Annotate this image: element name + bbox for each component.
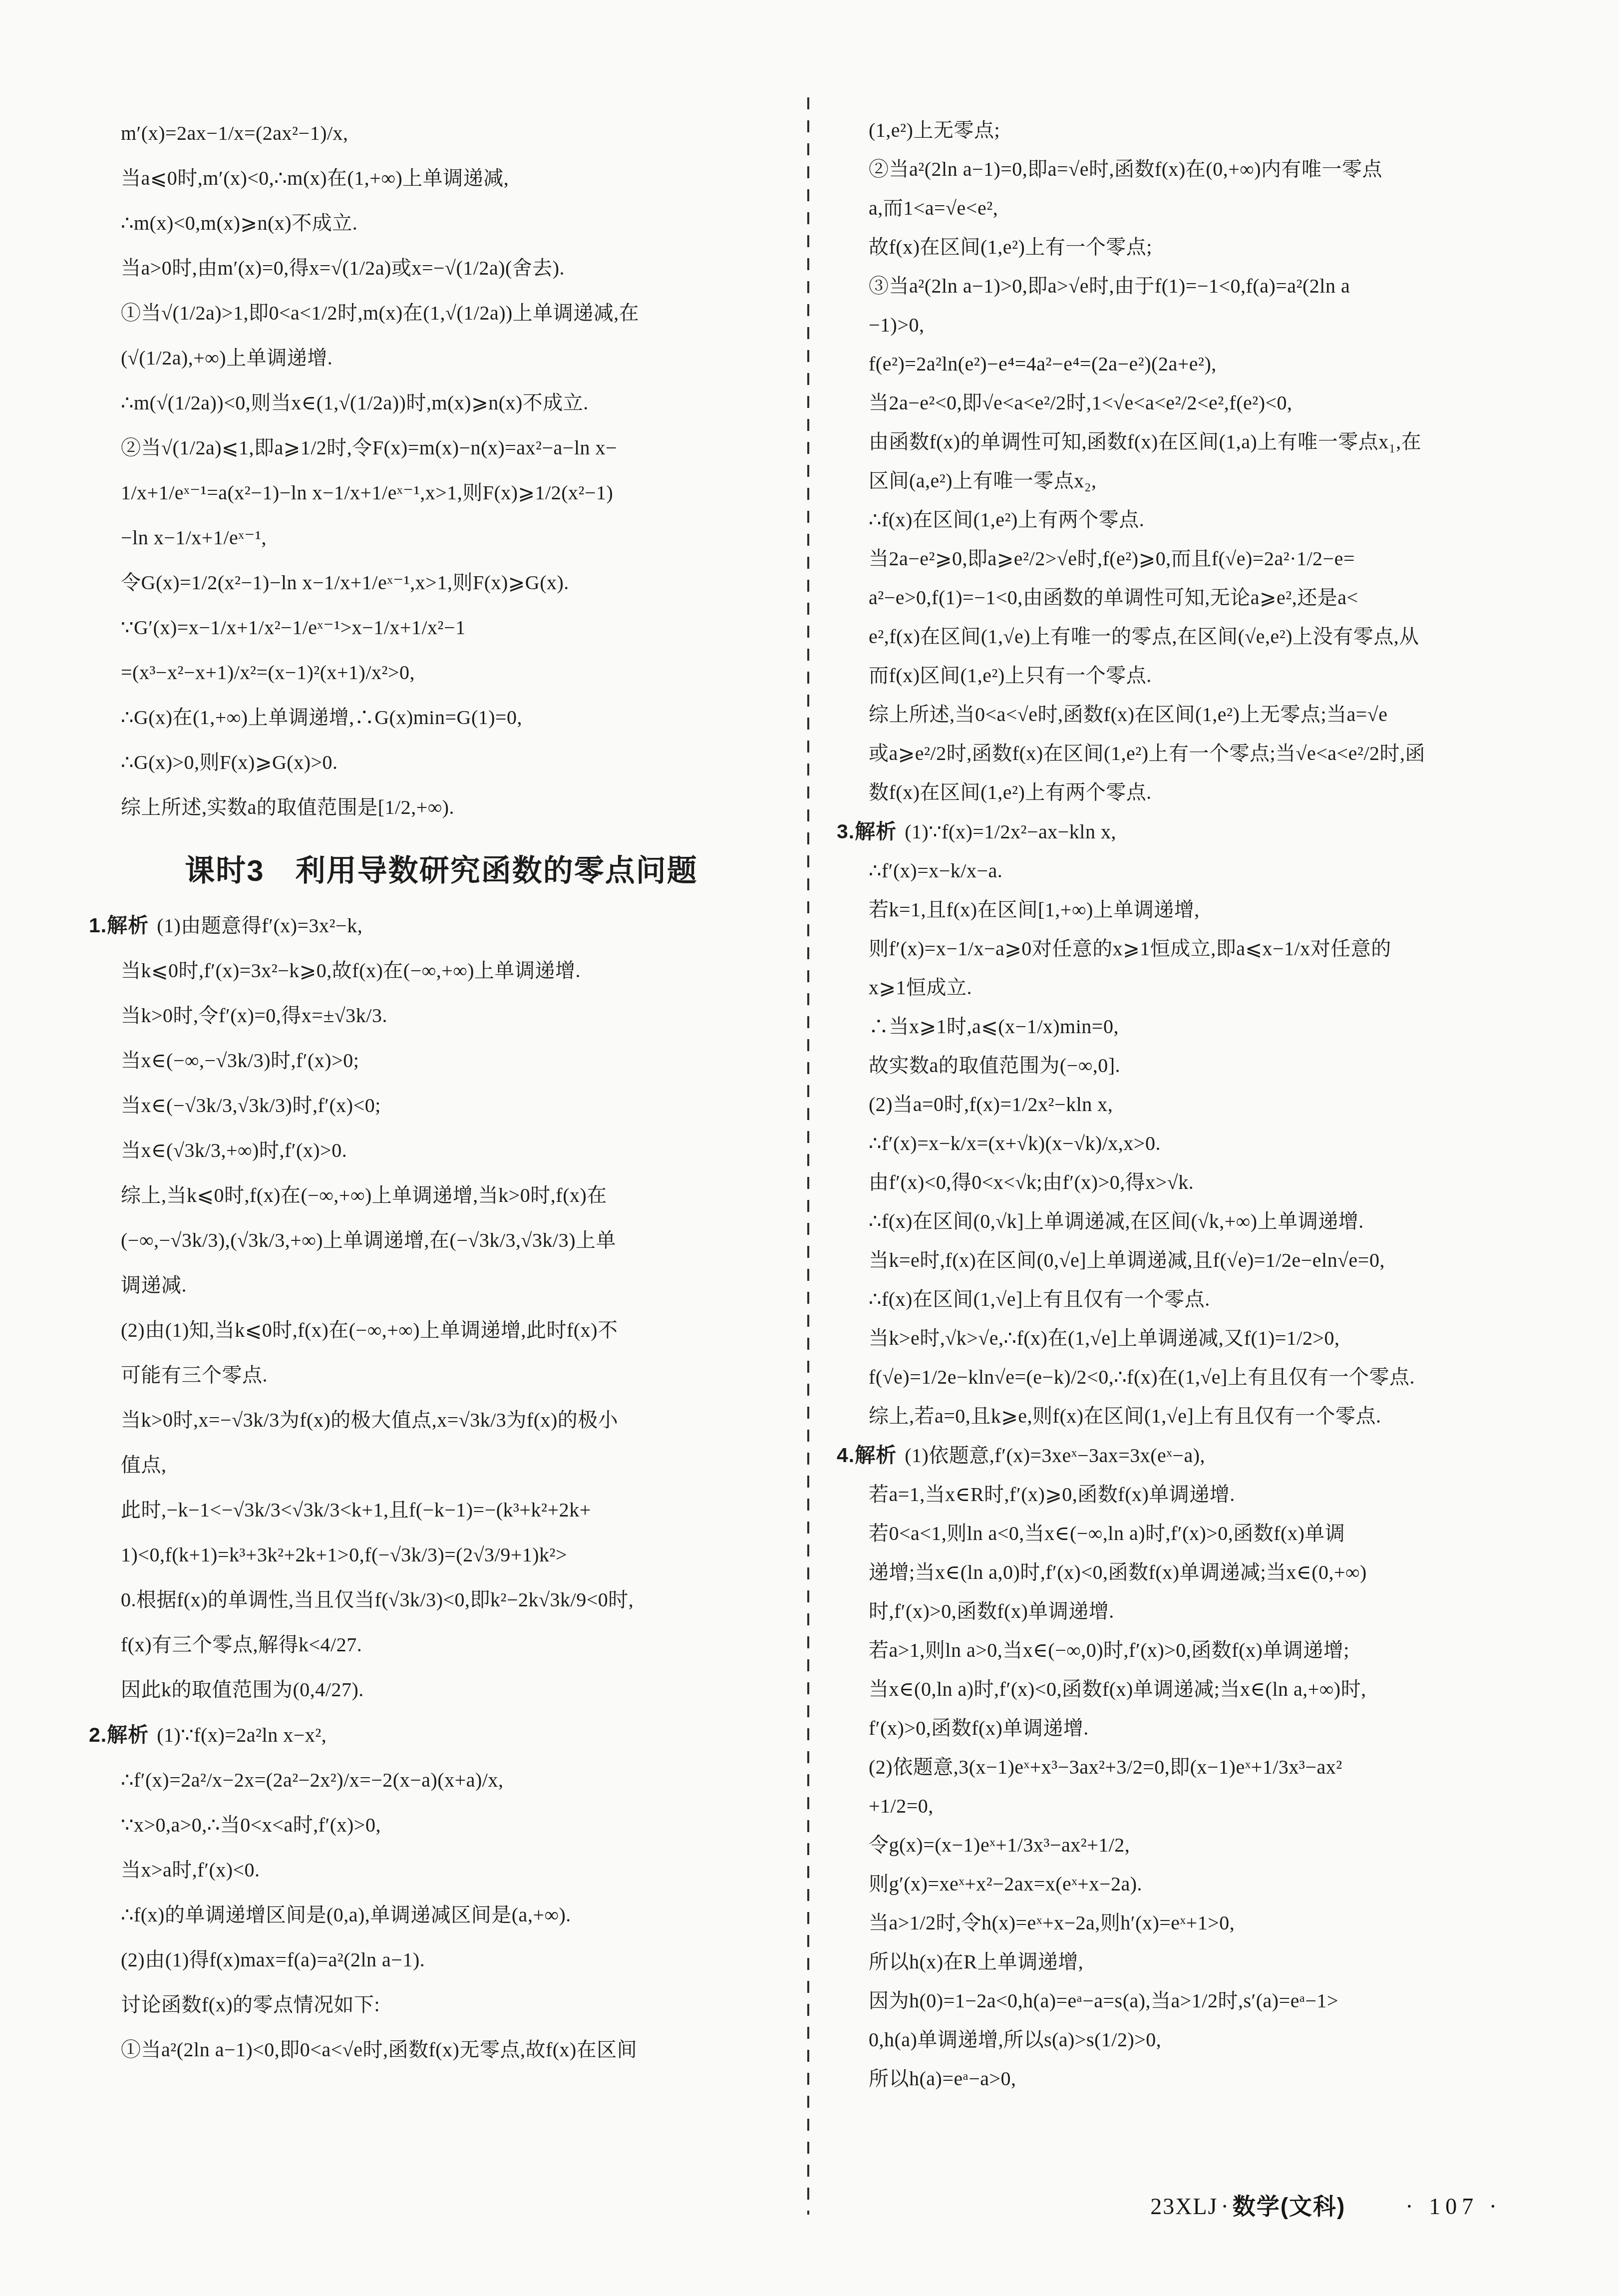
text-line: 令g(x)=(x−1)eˣ+1/3x³−ax²+1/2, [837, 1826, 1548, 1865]
text-line: 若a>1,则ln a>0,当x∈(−∞,0)时,f′(x)>0,函数f(x)单调… [837, 1631, 1548, 1670]
text-line: 因此k的取值范围为(0,4/27). [89, 1667, 794, 1712]
line-text: 讨论函数f(x)的零点情况如下: [121, 1993, 380, 2016]
line-text: 区间(a,e²)上有唯一零点x₂, [869, 469, 1097, 492]
line-text: (1)∵f(x)=2a²ln x−x², [157, 1724, 326, 1746]
line-text: 所以h(a)=eᵃ−a>0, [869, 2067, 1016, 2090]
footer-page-number: · 107 · [1405, 2193, 1502, 2220]
line-text: 令g(x)=(x−1)eˣ+1/3x³−ax²+1/2, [869, 1834, 1130, 1856]
line-text: 当k⩽0时,f′(x)=3x²−k⩾0,故f(x)在(−∞,+∞)上单调递增. [121, 959, 581, 982]
text-line: 2.解析(1)∵f(x)=2a²ln x−x², [89, 1712, 794, 1758]
line-text: f′(x)>0,函数f(x)单调递增. [869, 1717, 1089, 1739]
text-line: 当2a−e²⩾0,即a⩾e²/2>√e时,f(e²)⩾0,而且f(√e)=2a²… [837, 539, 1548, 578]
line-text: 令G(x)=1/2(x²−1)−ln x−1/x+1/eˣ⁻¹,x>1,则F(x… [121, 571, 569, 594]
text-line: 1/x+1/eˣ⁻¹=a(x²−1)−ln x−1/x+1/eˣ⁻¹,x>1,则… [89, 470, 794, 515]
text-line: 由函数f(x)的单调性可知,函数f(x)在区间(1,a)上有唯一零点x₁,在 [837, 422, 1548, 461]
line-text: 故f(x)在区间(1,e²)上有一个零点; [869, 236, 1152, 258]
line-text: 则g′(x)=xeˣ+x²−2ax=x(eˣ+x−2a). [869, 1873, 1142, 1895]
line-text: 由f′(x)<0,得0<x<√k;由f′(x)>0,得x>√k. [869, 1171, 1194, 1193]
text-line: ∵G′(x)=x−1/x+1/x²−1/eˣ⁻¹>x−1/x+1/x²−1 [89, 605, 794, 650]
text-line: 时,f′(x)>0,函数f(x)单调递增. [837, 1592, 1548, 1631]
text-line: 若a=1,当x∈R时,f′(x)⩾0,函数f(x)单调递增. [837, 1475, 1548, 1514]
text-line: 当2a−e²<0,即√e<a<e²/2时,1<√e<a<e²/2<e²,f(e²… [837, 383, 1548, 422]
text-line: (2)当a=0时,f(x)=1/2x²−kln x, [837, 1085, 1548, 1124]
line-text: (1)∵f(x)=1/2x²−ax−kln x, [905, 820, 1116, 843]
line-text: e²,f(x)在区间(1,√e)上有唯一的零点,在区间(√e,e²)上没有零点,… [869, 625, 1419, 648]
text-line: ①当a²(2ln a−1)<0,即0<a<√e时,函数f(x)无零点,故f(x)… [89, 2027, 794, 2072]
text-line: (−∞,−√3k/3),(√3k/3,+∞)上单调递增,在(−√3k/3,√3k… [89, 1218, 794, 1263]
line-text: ∴f(x)在区间(1,√e]上有且仅有一个零点. [869, 1288, 1210, 1310]
solution-label: 3.解析 [837, 820, 897, 843]
line-text: a²−e>0,f(1)=−1<0,由函数的单调性可知,无论a⩾e²,还是a< [869, 586, 1358, 609]
line-text: ∴f(x)的单调递增区间是(0,a),单调递减区间是(a,+∞). [121, 1904, 571, 1926]
line-text: m′(x)=2ax−1/x=(2ax²−1)/x, [121, 122, 348, 144]
line-text: 0,h(a)单调递增,所以s(a)>s(1/2)>0, [869, 2028, 1161, 2051]
column-divider [807, 97, 809, 2215]
line-text: ∴f(x)在区间(0,√k]上单调递减,在区间(√k,+∞)上单调递增. [869, 1210, 1364, 1232]
line-text: (1)由题意得f′(x)=3x²−k, [157, 914, 362, 937]
line-text: ∴f′(x)=2a²/x−2x=(2a²−2x²)/x=−2(x−a)(x+a)… [121, 1769, 503, 1791]
line-text: 故实数a的取值范围为(−∞,0]. [869, 1054, 1120, 1077]
text-line: ∴f(x)在区间(1,e²)上有两个零点. [837, 500, 1548, 539]
text-line: 当k⩽0时,f′(x)=3x²−k⩾0,故f(x)在(−∞,+∞)上单调递增. [89, 948, 794, 993]
line-text: 当x∈(0,ln a)时,f′(x)<0,函数f(x)单调递减;当x∈(ln a… [869, 1678, 1366, 1700]
line-text: 0.根据f(x)的单调性,当且仅当f(√3k/3)<0,即k²−2k√3k/9<… [121, 1588, 634, 1611]
line-text: (2)依题意,3(x−1)eˣ+x³−3ax²+3/2=0,即(x−1)eˣ+1… [869, 1756, 1342, 1778]
text-line: 0,h(a)单调递增,所以s(a)>s(1/2)>0, [837, 2020, 1548, 2059]
text-line: 则g′(x)=xeˣ+x²−2ax=x(eˣ+x−2a). [837, 1865, 1548, 1904]
text-line: 若k=1,且f(x)在区间[1,+∞)上单调递增, [837, 890, 1548, 929]
line-text: ③当a²(2ln a−1)>0,即a>√e时,由于f(1)=−1<0,f(a)=… [869, 275, 1350, 297]
line-text: 当k>0时,令f′(x)=0,得x=±√3k/3. [121, 1004, 387, 1027]
line-text: ∴f′(x)=x−k/x−a. [869, 859, 1002, 882]
line-text: (1)依题意,f′(x)=3xeˣ−3ax=3x(eˣ−a), [905, 1444, 1205, 1467]
line-text: 可能有三个零点. [121, 1364, 268, 1386]
line-text: 则f′(x)=x−1/x−a⩾0对任意的x⩾1恒成立,即a⩽x−1/x对任意的 [869, 937, 1391, 960]
text-line: 当x∈(−√3k/3,√3k/3)时,f′(x)<0; [89, 1083, 794, 1128]
text-line: ∴f′(x)=x−k/x−a. [837, 851, 1548, 890]
line-text: 当a>0时,由m′(x)=0,得x=√(1/2a)或x=−√(1/2a)(舍去)… [121, 257, 565, 279]
line-text: ∴f(x)在区间(1,e²)上有两个零点. [869, 508, 1144, 531]
line-text: 因为h(0)=1−2a<0,h(a)=eᵃ−a=s(a),当a>1/2时,s′(… [869, 1989, 1338, 2012]
text-line: 当a>0时,由m′(x)=0,得x=√(1/2a)或x=−√(1/2a)(舍去)… [89, 246, 794, 291]
text-line: ∴f(x)在区间(1,√e]上有且仅有一个零点. [837, 1280, 1548, 1319]
text-line: 令G(x)=1/2(x²−1)−ln x−1/x+1/eˣ⁻¹,x>1,则F(x… [89, 560, 794, 605]
line-text: ∴m(x)<0,m(x)⩾n(x)不成立. [121, 212, 357, 234]
line-text: 当2a−e²<0,即√e<a<e²/2时,1<√e<a<e²/2<e²,f(e²… [869, 391, 1293, 414]
line-text: (1,e²)上无零点; [869, 119, 1000, 141]
page-footer: 23XLJ · 数学(文科) · 107 · [1150, 2188, 1502, 2221]
line-text: ∴f′(x)=x−k/x=(x+√k)(x−√k)/x,x>0. [869, 1132, 1161, 1154]
text-line: 或a⩾e²/2时,函数f(x)在区间(1,e²)上有一个零点;当√e<a<e²/… [837, 734, 1548, 773]
text-line: e²,f(x)在区间(1,√e)上有唯一的零点,在区间(√e,e²)上没有零点,… [837, 617, 1548, 656]
solution-label: 1.解析 [89, 914, 149, 937]
text-line: 当k>0时,x=−√3k/3为f(x)的极大值点,x=√3k/3为f(x)的极小 [89, 1398, 794, 1443]
text-line: −ln x−1/x+1/eˣ⁻¹, [89, 515, 794, 560]
line-text: 若0<a<1,则ln a<0,当x∈(−∞,ln a)时,f′(x)>0,函数f… [869, 1522, 1345, 1544]
footer-edition: 23XLJ [1150, 2193, 1218, 2220]
line-text: 当a⩽0时,m′(x)<0,∴m(x)在(1,+∞)上单调递减, [121, 167, 509, 189]
line-text: ②当√(1/2a)⩽1,即a⩾1/2时,令F(x)=m(x)−n(x)=ax²−… [121, 436, 617, 459]
text-line: a²−e>0,f(1)=−1<0,由函数的单调性可知,无论a⩾e²,还是a< [837, 578, 1548, 617]
text-line: 所以h(a)=eᵃ−a>0, [837, 2059, 1548, 2098]
text-line: 0.根据f(x)的单调性,当且仅当f(√3k/3)<0,即k²−2k√3k/9<… [89, 1577, 794, 1622]
line-text: a,而1<a=√e<e², [869, 197, 998, 219]
text-line: ∴f′(x)=x−k/x=(x+√k)(x−√k)/x,x>0. [837, 1124, 1548, 1163]
text-line: 故f(x)在区间(1,e²)上有一个零点; [837, 228, 1548, 267]
text-line: ∴当x⩾1时,a⩽(x−1/x)min=0, [837, 1007, 1548, 1046]
line-text: 当k>0时,x=−√3k/3为f(x)的极大值点,x=√3k/3为f(x)的极小 [121, 1409, 618, 1431]
line-text: ∴G(x)>0,则F(x)⩾G(x)>0. [121, 751, 338, 773]
text-line: 可能有三个零点. [89, 1353, 794, 1398]
line-text: f(e²)=2a²ln(e²)−e⁴=4a²−e⁴=(2a−e²)(2a+e²)… [869, 353, 1217, 375]
text-line: (1,e²)上无零点; [837, 111, 1548, 150]
line-text: 时,f′(x)>0,函数f(x)单调递增. [869, 1600, 1114, 1622]
line-text: 当2a−e²⩾0,即a⩾e²/2>√e时,f(e²)⩾0,而且f(√e)=2a²… [869, 547, 1355, 570]
text-line: 区间(a,e²)上有唯一零点x₂, [837, 461, 1548, 500]
text-line: ②当a²(2ln a−1)=0,即a=√e时,函数f(x)在(0,+∞)内有唯一… [837, 150, 1548, 189]
line-text: ∴G(x)在(1,+∞)上单调递增,∴G(x)min=G(1)=0, [121, 706, 522, 729]
right-column: (1,e²)上无零点;②当a²(2ln a−1)=0,即a=√e时,函数f(x)… [837, 111, 1548, 2098]
text-line: 1)<0,f(k+1)=k³+3k²+2k+1>0,f(−√3k/3)=(2√3… [89, 1532, 794, 1577]
text-line: 当x∈(−∞,−√3k/3)时,f′(x)>0; [89, 1038, 794, 1083]
text-line: 4.解析(1)依题意,f′(x)=3xeˣ−3ax=3x(eˣ−a), [837, 1436, 1548, 1475]
text-line: 值点, [89, 1443, 794, 1488]
line-text: ∵x>0,a>0,∴当0<x<a时,f′(x)>0, [121, 1814, 381, 1836]
line-text: x⩾1恒成立. [869, 976, 972, 999]
text-line: (2)依题意,3(x−1)eˣ+x³−3ax²+3/2=0,即(x−1)eˣ+1… [837, 1748, 1548, 1787]
line-text: 1)<0,f(k+1)=k³+3k²+2k+1>0,f(−√3k/3)=(2√3… [121, 1543, 567, 1566]
line-text: 当a>1/2时,令h(x)=eˣ+x−2a,则h′(x)=eˣ+1>0, [869, 1912, 1235, 1934]
text-line: 当k=e时,f(x)在区间(0,√e]上单调递减,且f(√e)=1/2e−eln… [837, 1241, 1548, 1280]
line-text: 当x∈(−∞,−√3k/3)时,f′(x)>0; [121, 1049, 359, 1072]
footer-brand: 23XLJ · 数学(文科) [1150, 2188, 1345, 2221]
line-text: ②当a²(2ln a−1)=0,即a=√e时,函数f(x)在(0,+∞)内有唯一… [869, 158, 1382, 180]
line-text: 而f(x)区间(1,e²)上只有一个零点. [869, 664, 1152, 687]
line-text: (2)由(1)知,当k⩽0时,f(x)在(−∞,+∞)上单调递增,此时f(x)不 [121, 1319, 618, 1341]
text-line: ∵x>0,a>0,∴当0<x<a时,f′(x)>0, [89, 1803, 794, 1848]
line-text: 若a>1,则ln a>0,当x∈(−∞,0)时,f′(x)>0,函数f(x)单调… [869, 1639, 1349, 1661]
line-text: ∵G′(x)=x−1/x+1/x²−1/eˣ⁻¹>x−1/x+1/x²−1 [121, 616, 466, 639]
text-line: 由f′(x)<0,得0<x<√k;由f′(x)>0,得x>√k. [837, 1163, 1548, 1202]
text-line: ∴f(x)在区间(0,√k]上单调递减,在区间(√k,+∞)上单调递增. [837, 1202, 1548, 1241]
line-text: 综上所述,实数a的取值范围是[1/2,+∞). [121, 796, 454, 818]
text-line: ∴G(x)在(1,+∞)上单调递增,∴G(x)min=G(1)=0, [89, 695, 794, 740]
text-line: ∴f(x)的单调递增区间是(0,a),单调递减区间是(a,+∞). [89, 1893, 794, 1937]
text-line: ②当√(1/2a)⩽1,即a⩾1/2时,令F(x)=m(x)−n(x)=ax²−… [89, 425, 794, 470]
line-text: f(√e)=1/2e−kln√e=(e−k)/2<0,∴f(x)在(1,√e]上… [869, 1366, 1415, 1388]
line-text: ①当√(1/2a)>1,即0<a<1/2时,m(x)在(1,√(1/2a))上单… [121, 302, 639, 324]
text-line: 3.解析(1)∵f(x)=1/2x²−ax−kln x, [837, 812, 1548, 851]
line-text: 或a⩾e²/2时,函数f(x)在区间(1,e²)上有一个零点;当√e<a<e²/… [869, 742, 1425, 765]
line-text: 当k=e时,f(x)在区间(0,√e]上单调递减,且f(√e)=1/2e−eln… [869, 1249, 1385, 1271]
text-line: ③当a²(2ln a−1)>0,即a>√e时,由于f(1)=−1<0,f(a)=… [837, 267, 1548, 306]
text-line: 当x∈(√3k/3,+∞)时,f′(x)>0. [89, 1128, 794, 1173]
line-text: 综上,若a=0,且k⩾e,则f(x)在区间(1,√e]上有且仅有一个零点. [869, 1405, 1381, 1427]
line-text: =(x³−x²−x+1)/x²=(x−1)²(x+1)/x²>0, [121, 661, 415, 684]
line-text: 当x>a时,f′(x)<0. [121, 1859, 260, 1881]
text-line: ∴m(x)<0,m(x)⩾n(x)不成立. [89, 201, 794, 246]
text-line: (2)由(1)知,当k⩽0时,f(x)在(−∞,+∞)上单调递增,此时f(x)不 [89, 1308, 794, 1353]
text-line: 而f(x)区间(1,e²)上只有一个零点. [837, 656, 1548, 695]
line-text: 当x∈(−√3k/3,√3k/3)时,f′(x)<0; [121, 1094, 381, 1117]
line-text: ∴当x⩾1时,a⩽(x−1/x)min=0, [869, 1015, 1119, 1038]
line-text: 若k=1,且f(x)在区间[1,+∞)上单调递增, [869, 898, 1200, 921]
line-text: 递增;当x∈(ln a,0)时,f′(x)<0,函数f(x)单调递减;当x∈(0… [869, 1561, 1367, 1583]
text-line: −1)>0, [837, 306, 1548, 345]
line-text: f(x)有三个零点,解得k<4/27. [121, 1633, 362, 1656]
line-text: 当k>e时,√k>√e,∴f(x)在(1,√e]上单调递减,又f(1)=1/2>… [869, 1327, 1339, 1349]
line-text: 值点, [121, 1454, 167, 1476]
text-line: 当x>a时,f′(x)<0. [89, 1848, 794, 1893]
line-text: −ln x−1/x+1/eˣ⁻¹, [121, 526, 267, 549]
text-line: f(√e)=1/2e−kln√e=(e−k)/2<0,∴f(x)在(1,√e]上… [837, 1358, 1548, 1397]
line-text: 1/x+1/eˣ⁻¹=a(x²−1)−ln x−1/x+1/eˣ⁻¹,x>1,则… [121, 481, 613, 504]
solution-label: 4.解析 [837, 1444, 897, 1467]
text-line: f(e²)=2a²ln(e²)−e⁴=4a²−e⁴=(2a−e²)(2a+e²)… [837, 345, 1548, 383]
line-text: 此时,−k−1<−√3k/3<√3k/3<k+1,且f(−k−1)=−(k³+k… [121, 1499, 591, 1521]
text-line: 当x∈(0,ln a)时,f′(x)<0,函数f(x)单调递减;当x∈(ln a… [837, 1670, 1548, 1709]
line-text: 由函数f(x)的单调性可知,函数f(x)在区间(1,a)上有唯一零点x₁,在 [869, 430, 1421, 453]
solution-label: 2.解析 [89, 1723, 149, 1746]
text-line: ∴m(√(1/2a))<0,则当x∈(1,√(1/2a))时,m(x)⩾n(x)… [89, 381, 794, 425]
line-text: 综上,当k⩽0时,f(x)在(−∞,+∞)上单调递增,当k>0时,f(x)在 [121, 1184, 607, 1206]
line-text: 课时3 利用导数研究函数的零点问题 [185, 854, 697, 887]
line-text: (2)当a=0时,f(x)=1/2x²−kln x, [869, 1093, 1113, 1116]
text-line: 综上所述,实数a的取值范围是[1/2,+∞). [89, 785, 794, 830]
line-text: +1/2=0, [869, 1795, 934, 1817]
text-line: 当a>1/2时,令h(x)=eˣ+x−2a,则h′(x)=eˣ+1>0, [837, 1904, 1548, 1942]
line-text: −1)>0, [869, 314, 924, 336]
line-text: 综上所述,当0<a<√e时,函数f(x)在区间(1,e²)上无零点;当a=√e [869, 703, 1388, 726]
text-line: m′(x)=2ax−1/x=(2ax²−1)/x, [89, 111, 794, 156]
text-line: 当a⩽0时,m′(x)<0,∴m(x)在(1,+∞)上单调递减, [89, 156, 794, 201]
text-line: f′(x)>0,函数f(x)单调递增. [837, 1709, 1548, 1748]
text-line: 调递减. [89, 1263, 794, 1308]
left-column: m′(x)=2ax−1/x=(2ax²−1)/x,当a⩽0时,m′(x)<0,∴… [89, 111, 794, 2072]
line-text: 所以h(x)在R上单调递增, [869, 1950, 1083, 1973]
text-line: 1.解析(1)由题意得f′(x)=3x²−k, [89, 903, 794, 948]
footer-dot: · [1221, 2193, 1229, 2220]
text-line: ①当√(1/2a)>1,即0<a<1/2时,m(x)在(1,√(1/2a))上单… [89, 291, 794, 336]
text-line: a,而1<a=√e<e², [837, 189, 1548, 228]
text-line: 讨论函数f(x)的零点情况如下: [89, 1982, 794, 2027]
line-text: ∴m(√(1/2a))<0,则当x∈(1,√(1/2a))时,m(x)⩾n(x)… [121, 391, 589, 414]
text-line: 当k>0时,令f′(x)=0,得x=±√3k/3. [89, 993, 794, 1038]
text-line: 综上,若a=0,且k⩾e,则f(x)在区间(1,√e]上有且仅有一个零点. [837, 1397, 1548, 1436]
textbook-answer-page: m′(x)=2ax−1/x=(2ax²−1)/x,当a⩽0时,m′(x)<0,∴… [0, 0, 1619, 2296]
text-line: 综上,当k⩽0时,f(x)在(−∞,+∞)上单调递增,当k>0时,f(x)在 [89, 1173, 794, 1218]
line-text: 因此k的取值范围为(0,4/27). [121, 1678, 364, 1701]
text-line: 若0<a<1,则ln a<0,当x∈(−∞,ln a)时,f′(x)>0,函数f… [837, 1514, 1548, 1553]
line-text: 调递减. [121, 1274, 187, 1296]
text-line: 所以h(x)在R上单调递增, [837, 1942, 1548, 1981]
section-heading: 课时3 利用导数研究函数的零点问题 [89, 847, 794, 890]
text-line: +1/2=0, [837, 1787, 1548, 1826]
text-line: 因为h(0)=1−2a<0,h(a)=eᵃ−a=s(a),当a>1/2时,s′(… [837, 1981, 1548, 2020]
text-line: ∴G(x)>0,则F(x)⩾G(x)>0. [89, 740, 794, 785]
text-line: =(x³−x²−x+1)/x²=(x−1)²(x+1)/x²>0, [89, 650, 794, 695]
text-line: x⩾1恒成立. [837, 968, 1548, 1007]
text-line: 此时,−k−1<−√3k/3<√3k/3<k+1,且f(−k−1)=−(k³+k… [89, 1488, 794, 1532]
text-line: f(x)有三个零点,解得k<4/27. [89, 1622, 794, 1667]
text-line: (√(1/2a),+∞)上单调递增. [89, 336, 794, 381]
footer-subject: 数学(文科) [1233, 2188, 1346, 2221]
text-line: (2)由(1)得f(x)max=f(a)=a²(2ln a−1). [89, 1937, 794, 1982]
line-text: ①当a²(2ln a−1)<0,即0<a<√e时,函数f(x)无零点,故f(x)… [121, 2038, 637, 2061]
line-text: 当x∈(√3k/3,+∞)时,f′(x)>0. [121, 1139, 347, 1161]
text-line: 数f(x)在区间(1,e²)上有两个零点. [837, 773, 1548, 812]
line-text: (2)由(1)得f(x)max=f(a)=a²(2ln a−1). [121, 1948, 425, 1971]
text-line: 综上所述,当0<a<√e时,函数f(x)在区间(1,e²)上无零点;当a=√e [837, 695, 1548, 734]
text-line: 则f′(x)=x−1/x−a⩾0对任意的x⩾1恒成立,即a⩽x−1/x对任意的 [837, 929, 1548, 968]
text-line: ∴f′(x)=2a²/x−2x=(2a²−2x²)/x=−2(x−a)(x+a)… [89, 1758, 794, 1803]
text-line: 递增;当x∈(ln a,0)时,f′(x)<0,函数f(x)单调递减;当x∈(0… [837, 1553, 1548, 1592]
line-text: 数f(x)在区间(1,e²)上有两个零点. [869, 781, 1152, 803]
line-text: (√(1/2a),+∞)上单调递增. [121, 347, 332, 369]
text-line: 当k>e时,√k>√e,∴f(x)在(1,√e]上单调递减,又f(1)=1/2>… [837, 1319, 1548, 1358]
line-text: 若a=1,当x∈R时,f′(x)⩾0,函数f(x)单调递增. [869, 1483, 1235, 1506]
line-text: (−∞,−√3k/3),(√3k/3,+∞)上单调递增,在(−√3k/3,√3k… [121, 1229, 616, 1251]
text-line: 故实数a的取值范围为(−∞,0]. [837, 1046, 1548, 1085]
